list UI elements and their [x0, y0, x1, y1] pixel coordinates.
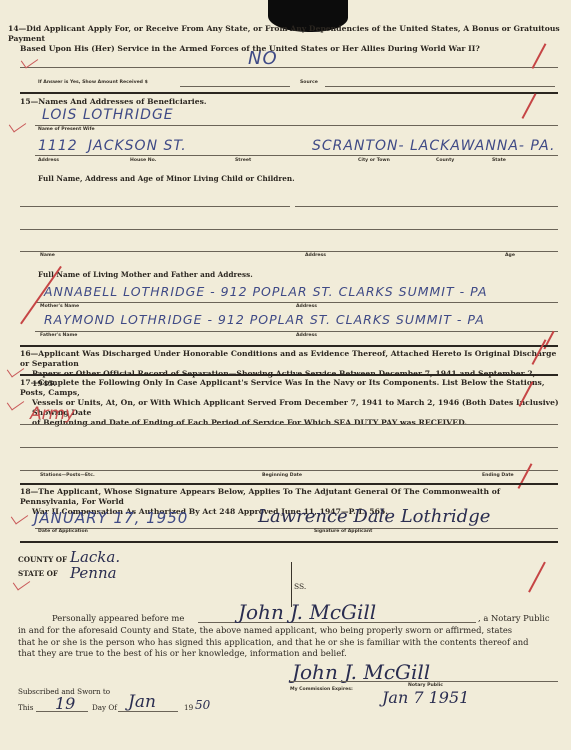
child-line-2	[20, 229, 558, 230]
divider	[20, 345, 558, 347]
ending-date-caption: Ending Date	[482, 473, 514, 478]
caption-name: Name	[40, 253, 55, 258]
beginning-date-caption: Beginning Date	[262, 473, 302, 478]
caption-county: County	[436, 158, 454, 163]
red-slash-icon	[528, 562, 545, 593]
father-entry: RAYMOND LOTHRIDGE - 912 POPLAR ST. CLARK…	[44, 312, 485, 327]
commission-label: My Commission Expires:	[290, 687, 353, 692]
army-note: Army	[30, 404, 75, 424]
wife-caption: Name of Present Wife	[38, 127, 95, 132]
question-14: 14—Did Applicant Apply For, or Receive F…	[8, 24, 563, 54]
year-prefix: 19	[184, 703, 193, 712]
q14-answer: NO	[248, 48, 278, 69]
mother-entry: ANNABELL LOTHRIDGE - 912 POPLAR ST. CLAR…	[44, 284, 488, 299]
q14-line1: 14—Did Applicant Apply For, or Receive F…	[8, 24, 560, 43]
question-15-title: 15—Names And Addresses of Beneficiaries.	[20, 97, 207, 107]
divider	[20, 92, 558, 94]
child-line-3	[20, 251, 558, 252]
caption-house-no: House No.	[130, 158, 156, 163]
applicant-signature: Lawrence Dale Lothridge	[258, 506, 490, 527]
q18-line1: 18—The Applicant, Whose Signature Appear…	[20, 487, 500, 506]
street: JACKSON ST.	[88, 138, 187, 154]
caption-address: Address	[38, 158, 59, 163]
day-of-label: Day Of	[92, 703, 117, 712]
parents-label: Full Name of Living Mother and Father an…	[38, 270, 253, 280]
divider	[20, 374, 558, 376]
notary-body-line3: that they are true to the best of his or…	[18, 648, 558, 660]
question-17: 17—Complete the Following Only In Case A…	[20, 378, 560, 428]
commission-value: Jan 7 1951	[382, 688, 469, 707]
mother-caption: Mother's Name	[40, 304, 79, 309]
notary-body: in and for the aforesaid County and Stat…	[18, 625, 558, 660]
mother-line	[35, 302, 558, 303]
state-value: Penna	[70, 564, 117, 582]
stations-caption: Stations—Posts—Etc.	[40, 473, 95, 478]
child-line-1b	[295, 206, 558, 207]
check-mark-icon	[9, 117, 26, 133]
amount-label: If Answer is Yes, Show Amount Received $	[38, 80, 148, 85]
source-label: Source	[300, 80, 318, 85]
this-label: This	[18, 703, 33, 712]
minor-children-label: Full Name, Address and Age of Minor Livi…	[38, 174, 295, 184]
divider	[20, 483, 558, 485]
signature-line	[35, 528, 558, 529]
application-date: JANUARY 17, 1950	[34, 509, 188, 527]
appeared-prefix: Personally appeared before me	[52, 613, 184, 625]
caption-street: Street	[235, 158, 251, 163]
year-value: 50	[195, 698, 210, 712]
house-number: 1112	[38, 138, 78, 154]
notary-signature-line	[290, 681, 558, 682]
caption-age: Age	[505, 253, 515, 258]
notary-body-line1: in and for the aforesaid County and Stat…	[18, 625, 558, 637]
station-line-3	[20, 470, 558, 471]
caption-state: State	[492, 158, 506, 163]
father-caption: Father's Name	[40, 333, 77, 338]
q14-line2: Based Upon His (Her) Service in the Arme…	[8, 44, 563, 54]
divider	[20, 541, 558, 543]
station-line-1	[20, 424, 558, 425]
notary-body-line2: that he or she is the person who has sig…	[18, 637, 558, 649]
father-line	[35, 331, 558, 332]
wife-name: LOIS LOTHRIDGE	[42, 107, 174, 123]
red-slash-icon	[522, 93, 537, 118]
caption-child-address: Address	[305, 253, 326, 258]
q16-line1: 16—Applicant Was Discharged Under Honora…	[20, 349, 556, 368]
amount-field[interactable]	[180, 86, 290, 87]
date-caption: Date of Application	[38, 529, 88, 534]
county-label: COUNTY OF	[18, 555, 67, 564]
day-value: 19	[55, 694, 75, 713]
wife-line	[35, 125, 558, 126]
address-line	[35, 155, 558, 156]
child-line-1a	[20, 206, 290, 207]
q17-line1: 17—Complete the Following Only In Case A…	[20, 378, 545, 397]
caption-city: City or Town	[358, 158, 390, 163]
signature-caption: Signature of Applicant	[314, 529, 372, 534]
station-line-2	[20, 447, 558, 448]
month-value: Jan	[128, 692, 156, 712]
appeared-suffix: , a Notary Public	[478, 613, 550, 625]
q17-line3: of Beginning and Date of Ending of Each …	[20, 418, 560, 428]
source-field[interactable]	[325, 86, 555, 87]
mother-address-caption: Address	[296, 304, 317, 309]
q14-answer-line	[20, 67, 558, 68]
father-address-caption: Address	[296, 333, 317, 338]
q17-line2: Vessels or Units, At, On, or With Which …	[20, 398, 560, 418]
city-county-state: SCRANTON- LACKAWANNA- PA.	[312, 138, 555, 154]
notary-signature: John J. McGill	[238, 600, 376, 624]
ss-label: SS.	[294, 582, 306, 591]
